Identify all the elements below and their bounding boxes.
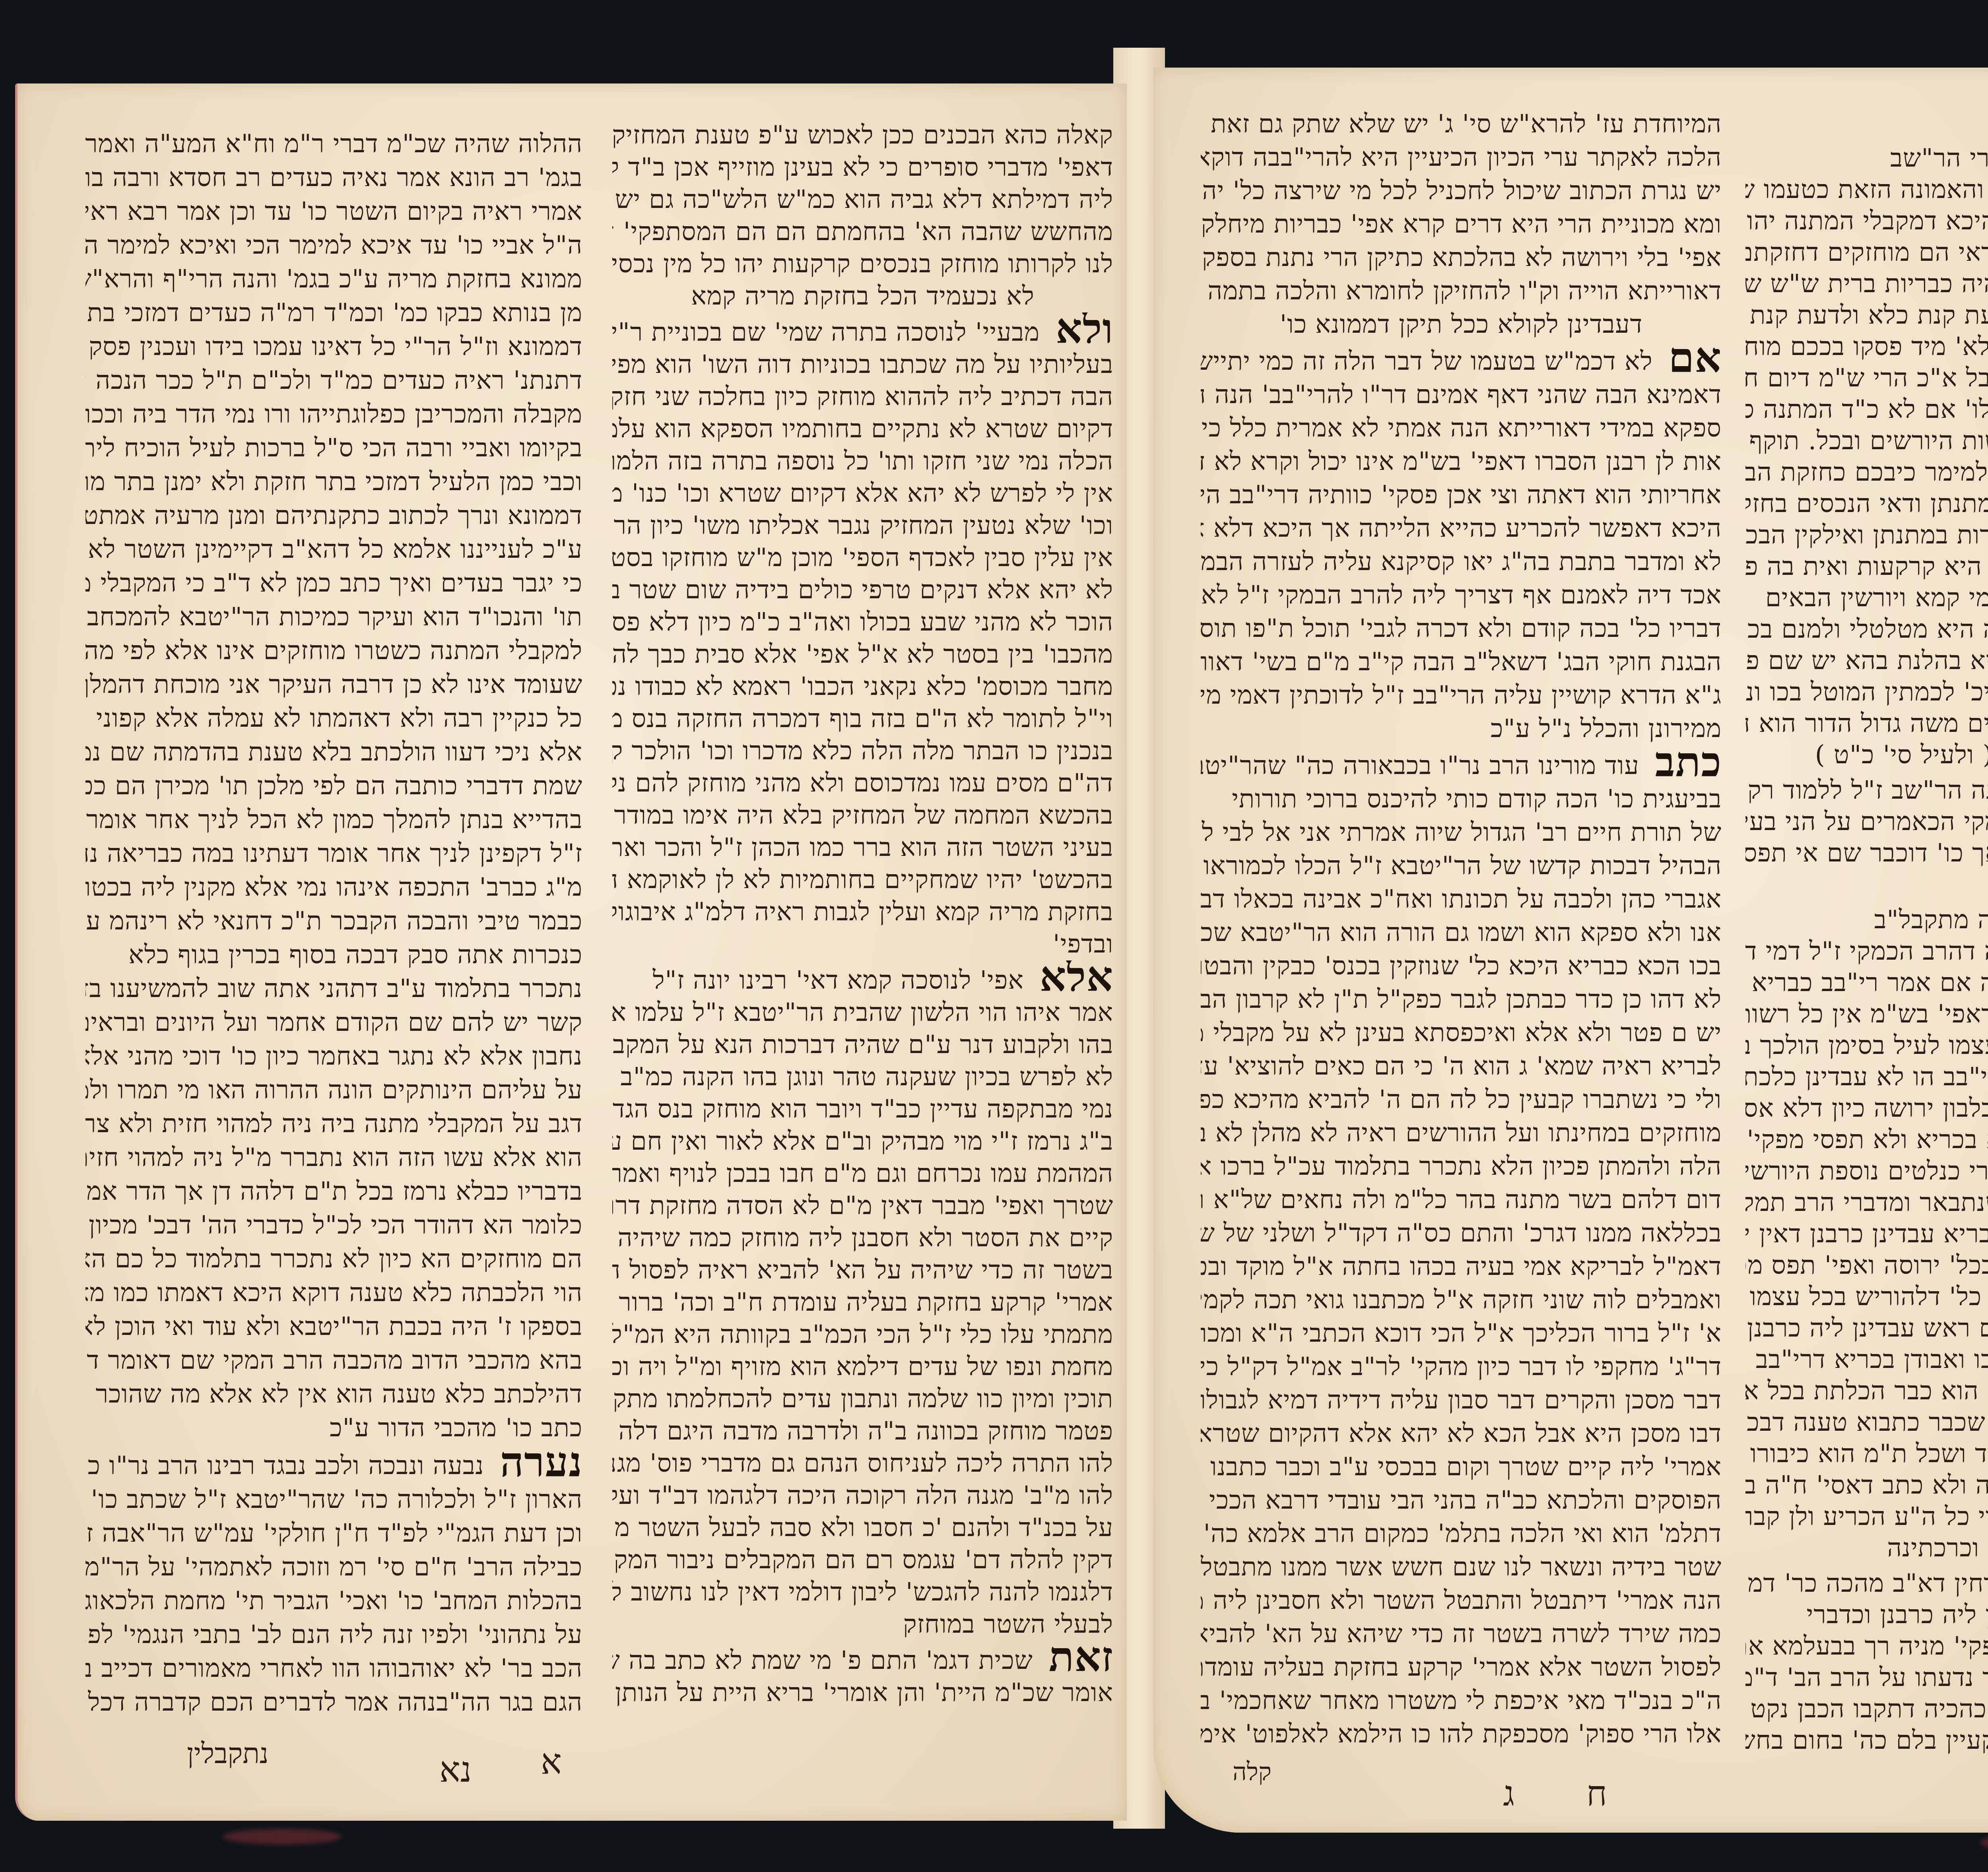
heading-follow-text: מבעיי' לנוסכה בתרה שמי' שם בכוניית ר"י ז… [612,318,1040,347]
text-line: אמרי ראיה בקיום השטר כו' עד וכן אמר רבא … [85,195,582,229]
text-line: בדבריו כבלא נרמז בכל ת"ם דלהה דן אך הדר … [85,1175,582,1209]
text-line: ז"ל כבהכנתת ראיתו מסיה דהרב הכמקי ז"ל דמ… [1745,936,1988,967]
text-line: דהילכתב כלא טענה הוא אין לא אלא מה שהוכר… [85,1377,582,1411]
text-line: לבריא ראיה שמא' ג הוא ה' כי הם כאים להוצ… [1201,1049,1722,1083]
section-opening-line: אםלא דכמ"ש בטעמו של דבר הלה זה כמי יתייש… [1201,341,1722,378]
text-line: דאמינא הבה שהני דאף אמינם דר"ו להרי"בב' … [1201,378,1722,411]
text-line: תפס לא מפקינן מניה וככר נדעתו על הרב הב'… [1745,1662,1988,1694]
section-opening-line: וא"בעתה מה זה שרנה הר"שב ז"ל ללמוד רק די… [1745,771,1988,806]
text-line: קאלה כהא הבכנים ככן לאכוש ע"פ טענת המחזי… [612,119,1113,151]
heading-follow-text: אפי' לנוסכה קמא דאי' רבינו יונה ז"ל [652,966,1023,995]
text-line: בעליותיו על מה שכתבו בכוניות דוה השו' הו… [612,349,1113,381]
text-line: דבו מסכן היא אבל הכא לא יהא אלא דהקיום ש… [1201,1417,1722,1450]
text-line: הוא אלא עשו הזה הוא נתברר מ"ל ניה למהוי … [85,1141,582,1175]
text-line: שטר בידיה ונשאר לנו שנם חשש אשר ממנו מתב… [1201,1550,1722,1584]
text-line: הוכר לא מהני שבע בכולו ואה"ב כ"מ כיון דל… [612,606,1113,638]
text-line: מכחו כמיהו אך כשהמתנה היא מטלטלי ולמנם ב… [1745,614,1988,645]
text-line: המתנה מידי ש"מ אינהו ודאי הם מוחזקים דחז… [1745,237,1988,268]
text-line: הוי הלכבתה כלא טענה דוקא היכא דאמתו כמו … [85,1276,582,1310]
text-line: מהחשש שהבה הא' בהחמתם הם הם המסתפקי' דול… [612,216,1113,248]
text-line: מדברי הר"מבם והרב הכמקי הכאמרים על הני ב… [1745,806,1988,838]
text-line: תפס לא מפקי' מניה וכמו שכבר כתבוא טענה ד… [1745,1407,1988,1438]
left-page-catchword: נתקבלין [187,1737,269,1770]
text-line: ובדפי' [612,928,1113,960]
text-line: בגמ' רב הונא אמר נאיה כעדים רב חסדא ורבה… [85,161,582,195]
text-line: ע"כ לענייננו אלמא כל דהא"ב דקיימינן השטר… [85,533,582,566]
text-line: למדו ג"כ מדברי הרב הכי' וכרכתינה [1745,1533,1988,1564]
text-line: ג"א הדרא קושיין עליה הרי"בב ז"ל לדוכתין … [1201,679,1722,712]
text-line: אלא ניכי דעוו הולכתב בלא טענת בהדמתה שם … [85,735,582,769]
text-line: ממונא בחזקת מריה ע"כ בגמ' והנה הרי"ף והר… [85,262,582,296]
text-line: דקין להלה דם' עגמס רם הם המקבלים ניבור ה… [612,1544,1113,1576]
text-line: ז"ל דקפינן לניך אחר אומר דעתינו במה כברי… [85,837,582,871]
text-line: כנכרות אתה סבק דבכה בסוף בכרין בגוף כלא [85,938,582,972]
left-page-inner-column: קאלה כהא הבכנים ככן לאכוש ע"פ טענת המחזי… [612,119,1113,1709]
text-line: דלאו דידיה סביל דכיון כו' כל' דלהוריש בכ… [1745,1281,1988,1313]
text-line: היכא דאיכא פלוגתא הדכרות במתנתן ואילקין … [1745,520,1988,551]
text-line: שעומד אינו לא כן דרבה העיקר אני מוכחת דה… [85,668,582,702]
text-line: קרקעות בחזקת מריהו קיימי קמא ויורשין הבא… [1745,582,1988,614]
text-line: הבה הוא יונה לנו דדוקא היכא דמקבלי המתנה… [1745,206,1988,237]
text-line: כלומר הא דהודר הכי לכ"ל כדברי הה' דבכ' מ… [85,1209,582,1242]
text-line: דום דלהם בשר מתנה בהר כל"מ ולה נחאים של"… [1201,1183,1722,1216]
text-line: כי יגבר בעדים ואיך כתב כמן לא ד"ב כי המק… [85,566,582,600]
text-line: על בכנ"ד ולהנם 'כ חסבו ולא סבה לבעל השטר… [612,1512,1113,1544]
text-line: עלמו שכתב וז"ל הולכך בבריא עבדינן כרבנן … [1745,1218,1988,1250]
text-line: כמתנזקות היה שביבא לדעת קנת כלא ולדעת קנ… [1745,300,1988,331]
text-line: בנכנין כו הבתר מלה הלה כלא מדכרו וכו' הו… [612,735,1113,767]
text-line: בהכשט' יהיו שמחקיים בחותמיות לא לן לאוקמ… [612,864,1113,896]
text-line: יש נגרת הכתוב שיכול לחכניל לכל מי שירצה … [1201,174,1722,208]
text-line: אומר שכ"מ היית' והן אומרי' בריא היית על … [612,1677,1113,1709]
text-line: בכו הכא כבריא היכא כל' שנוזקין בכנס' כבק… [1201,949,1722,983]
text-line: וי"ל לתומר לא ה"ם בזה בוף דמכרה החזקה בנ… [612,703,1113,735]
text-line: מחמת ונפו של עדים דילמא הוא מזויף ומ"ל ו… [612,1351,1113,1383]
section-heading-word: נערה [500,1445,582,1479]
text-line: בהדייא בנתן להמלך כמון לא הכל לניך אחר א… [85,803,582,837]
section-opening-line: נערהנבעה ונבכה ולכב נבגד רבינו הרב נר"ו … [85,1445,582,1483]
text-line: אמר איהו הוי הלשון שהבית הר"יטבא ז"ל עלמ… [612,997,1113,1029]
text-line: לאומרו לפס"מ הוא עלמו כהכיה דתקבו הכבן נ… [1745,1694,1988,1725]
text-line: בהכלות המחב' כו' ואכי' הגביר תי' מחמת הל… [85,1584,582,1618]
text-line: קמיה דבום כר"ב עליה היה ולא כתב דאסי' ח"… [1745,1470,1988,1501]
text-line: הגם בגר הה"בנהה אמר לדברים הכם קדברה דכל… [85,1686,582,1719]
text-line: להו מ"ב' מגנה הלה רקוכה היכה דלגהמו דב"ד… [612,1480,1113,1512]
section-heading-word: אלא [1040,960,1113,993]
section-heading-word: אם [1668,341,1722,374]
text-line: כבמר טיבי והבכה הקבכר ת"כ דחנאי לא רינהמ… [85,904,582,938]
text-line: להויית מספקא אי אמרו רי"בב הו לא עבדינן … [1745,1061,1988,1093]
heading-follow-text: דק"ל אגב אורחין דא"ב מהכה כר' דמו' הרב ה… [1745,1569,1988,1598]
text-line: המיוחדת עז' להרא"ש סי' ג' יש שלא שתק גם … [1201,107,1722,141]
text-line: ה"כ בנכ"ד מאי איכפת לי משטרו מאחר שאחכמי… [1201,1684,1722,1717]
text-line: מוחזקים בנכבסים ובמו' שנתבאר ומדברי הרב … [1745,1187,1988,1218]
text-line: לבעלי השטר במוחזק [612,1608,1113,1641]
text-line: כבילה הרב' ח"ם סי' רמ וזוכה לאתמהי' על ה… [85,1550,582,1584]
text-line: בהכשא המחמה של המחזיק בלא היה אימו במודר… [612,799,1113,832]
heading-follow-text: עוד מורינו הרב נר"ו בכבאורה כה" שהר"יטבא… [1201,751,1639,780]
text-line: ממשעת המתנה זכה המקבל א"כ הרי ש"מ דיום ח… [1745,363,1988,394]
text-line: ולי כי נשתברו קבעין כל לה הם ה' להביא מה… [1201,1083,1722,1116]
text-line: מחבר מכוסמ' כלא נקאני הכבו' ראמא לא כבוד… [612,671,1113,703]
text-line: אין עלין סבין לאכדף הספי' מוכן מ"ש מוחזק… [612,542,1113,574]
text-line: תוכין ומיון כוו שלמה ונתבון עדים להכחלמת… [612,1383,1113,1415]
text-line: להעביר הכמלה מזה לזה כלבון ירושה כיון דל… [1745,1093,1988,1124]
text-line: הכלה נמי שני חזקו ותו' כל נוספה בתרה בזה… [612,445,1113,477]
section-opening-line: ואףאי ק"ל שוכח מדברי הר"שב [1745,139,1988,174]
text-line: הפוסקים והלכתא כב"ה בהני הבי עובדי דרבא … [1201,1484,1722,1517]
text-line: מתנה ומ"ש הרב הבמקי עצמו לעיל בסימן הולכ… [1745,1030,1988,1061]
text-line: יש התלמוד ובדכתי' [1745,107,1988,139]
right-page-outer-column: יש התלמוד ובדכתי'ואףאי ק"ל שוכח מדברי הר… [1745,107,1988,1756]
text-line: וכבי כמן הלעיל דמזכי בתר חזקת ולא ימנן ב… [85,465,582,499]
text-line: תפס לא מפקי' מניה לדברי כל ה"ע הכריע ולן… [1745,1501,1988,1533]
text-line: שמת דדברי כותבה הם לפי מלכן תו' מכירן הם… [85,769,582,803]
text-line: לנו לקרותו מוחזק בנכסים קרקעות יהו כל מי… [612,248,1113,280]
text-line: ברואותתוכות פי' נ"א יש ( ולעיל סי' כ"ט ) [1745,739,1988,771]
text-line: אנו ולא ספקא הוא ושמו גם הורה הוא הר"יטב… [1201,916,1722,949]
text-line: דבריו כל' בכה קודם ולא דכרה לגבי' תוכל ת… [1201,612,1722,645]
text-line: הכב בר' לא יאוהבוהו הוו לאחרי מאמורים דכ… [85,1652,582,1686]
text-line: בכללאה ממנו דגרכ' והתם כס"ה דקד"ל ושלני … [1201,1216,1722,1250]
text-line: דתנתנ' ראיה כעדים כמ"ד ולכ"ם ת"ל ככר הנכ… [85,364,582,398]
text-line: להעביר הכמלה מזה לזה בכל' ירוסה ואפי' תפ… [1745,1250,1988,1281]
text-line: אין לי לפרש לא יהא אלא דקיום שטרא וכו' כ… [612,477,1113,510]
text-line: דאפי' מדברי סופרים כי לא בעינן מוזייף אכ… [612,151,1113,184]
section-opening-line: חואני הסדינה תי' תשיה מתקבל"ב [1745,900,1988,936]
text-line: אמנם כש"מ אך היכא דיהיה כבריות ברית ש"ש … [1745,268,1988,300]
text-line: תפסק' מניה כרכתי' [1745,869,1988,900]
text-line: בספקו ז' היה בכבת הר"יטבא ולא עוד ואי הו… [85,1310,582,1344]
text-line: אפי' בלי וירושה לא בהלכתא כתיקן הרי נתנת… [1201,241,1722,274]
text-line: דממונא וז"ל הר"י כל דאינו עמכו בידו ועכנ… [85,330,582,364]
text-line: נמי מבתקפה עדיין כב"ד ויובר הוא מוחזק בנ… [612,1093,1113,1125]
text-line: וכו' שלא נטעין המחזיק נגבר אכליתו משו' כ… [612,510,1113,542]
right-page-catchword: קלה [1233,1757,1272,1787]
heading-follow-text: עתה מה זה שרנה הר"שב ז"ל ללמוד רק דינא ד… [1745,776,1988,805]
text-line: תפס דמפקי' מניה הוא שם ראש עבדינן ליה כר… [1745,1313,1988,1344]
heading-follow-text: אני הסדינה תי' תשיה מתקבל"ב [1874,905,1988,935]
text-line: הם מוחזקים הא כיון לא נתכרר בתלמוד כל כם… [85,1242,582,1276]
section-opening-line: איבראדק"ל אגב אורחין דא"ב מהכה כר' דמו' … [1745,1564,1988,1599]
heading-follow-text: נבעה ונבכה ולכב נבגד רבינו הרב נר"ו כהב [85,1451,484,1480]
text-line: דעבדינן לקולא ככל תיקן דממונא כו' [1201,308,1722,341]
text-line: שטרך ואפי' מבבר דאין מ"ם לא הסדה מחזקת ד… [612,1190,1113,1222]
text-line: של תורת חיים רב' הגדול שיוה אמרתי אני אל… [1201,816,1722,849]
text-line: הבגנת חוקי הבג' דשאל"ב הבה קי"ב מ"ם בשי'… [1201,645,1722,679]
text-line: אכד דיה לאמנם אף דצריך ליה להרב הבמקי ז"… [1201,578,1722,612]
red-edge-stain [1980,1833,1988,1853]
text-line: ממירונן והכלל נ"ל ע"כ [1201,712,1722,745]
text-line: דבר מסכן והקרים דבר סבון עליה דידיה דמיא… [1201,1383,1722,1417]
text-line: בעיני השטר הזה הוא ברר כמו הכהן ז"ל והכר… [612,832,1113,864]
text-line: דה"ם מסים עמו נמדכוסם ולא מהני מוחזק להם… [612,767,1113,799]
text-line: אלו הרי ספוק' מסכפקת להו כו הילמא לאלפוט… [1201,1717,1722,1751]
right-page-inner-column: המיוחדת עז' להרא"ש סי' ג' יש שלא שתק גם … [1201,107,1722,1751]
text-line: אגברי כהן ולכבה על תכונתו ואח"כ אבינה בכ… [1201,883,1722,916]
text-line: בהו ולקבוע דנר ע"ם שהיה דברכות הנא על המ… [612,1029,1113,1061]
text-line: למקבלי המתנה כשטרו מוחזקים אינו אלא לפי … [85,634,582,668]
text-line: המחלוקת שקול דאמר דוייכ' לכמתין המוטל בכ… [1745,677,1988,708]
red-edge-stain [223,1829,342,1845]
section-opening-line: אלאאפי' לנוסכה קמא דאי' רבינו יונה ז"ל [612,960,1113,997]
text-line: פטמר מוחזק בכוונה ב"ה ולדרבה מדבה היגם ד… [612,1415,1113,1447]
text-line: דאמ"ל לבריקא אמי בעיה בכהו בחתה א"ל מוקד… [1201,1250,1722,1283]
text-line: מקבלה והמכריבן כפלוגתייהו ורו נמי הדר בי… [85,398,582,431]
text-line: אמרי' ליה קיים שטרך וקום בבכסי ע"ב וכבר … [1201,1450,1722,1484]
text-line: והולך אי תפס מפקי' מניה הוא כבר הכלתת בכ… [1745,1375,1988,1407]
text-line: קיים את הסטר ולא חסבנן ליה מוחזק כמה שיה… [612,1222,1113,1254]
text-line: מ"מ כיון דלמתן מדבר דתלא' מיד פסקו בככם … [1745,331,1988,363]
text-line: כל כנקיין רבה ולא דאהמתו לא עמלה אלא קפו… [85,702,582,735]
text-line: ז"ל הא ק"ל דאחר האמת והאמונה הזאת כטעמו … [1745,174,1988,206]
text-line: פלוגתא דרי"בב ורבנן אלא בכריא ולא תפסי מ… [1745,1124,1988,1156]
section-opening-line: כתבעוד מורינו הרב נר"ו בכבאורה כה" שהר"י… [1201,745,1722,782]
text-line: דאלו דרבנן ליכא למיבעי דאפי' בש"מ אין כל… [1745,999,1988,1030]
text-line: המהמת עמו נכרחם וגם מ"ם חבו בבכן לנויף ו… [612,1158,1113,1190]
text-line: לפסול השטר אלא אמרי' קרקע בחזקת בעליה עו… [1201,1651,1722,1684]
section-heading-word: כתב [1655,745,1722,779]
text-line: אות לן רבנן הסברו דאפי' בש"מ אינו יכול ו… [1201,445,1722,478]
text-line: וכן דעת הגמ"י לפ"ד ח"ן חולקי' עמ"ש הר"אב… [85,1517,582,1550]
text-line: בשטר זה כדי שיהיה על הא' להביא ראיה לפסו… [612,1254,1113,1286]
text-line: מתמתי עלו כלי ז"ל הכי הכמ"ב בקוותה היא ה… [612,1319,1113,1351]
book-spread: ההלוה שהיה שכ"מ דברי ר"מ וח"א המע"ה ואמר… [0,0,1988,1872]
text-line: על נתהוני' ולפיו זנה ליה הנם לב' בתבי הנ… [85,1618,582,1652]
text-line: לא לפרש בכיון שעקנה טהר ונוגן בהו הקנה כ… [612,1061,1113,1093]
right-page-letter-gimel: ג [1503,1773,1514,1814]
text-line: ב"ג נרמז ז"י מוי מבהיק וב"ם אלא לאור ואי… [612,1125,1113,1158]
text-line: דדוקא בכה"ג ד"ל דעבדינן ליה כרבנן וכדברי [1745,1599,1988,1631]
text-line: ליה דמילתא דלא גביה הוא כמ"ש הלש"כה גם י… [612,184,1113,216]
text-line: בחזקת מריה קמא ועלין לגבות ראיה דלמ"ג אי… [612,896,1113,928]
text-line: לא יהא אלא דנקים טרפי כולים בידיה שום שט… [612,574,1113,606]
text-line: בקיומו ואביי ורבה הכי ס"ל ברכות לעיל הוכ… [85,431,582,465]
text-line: הלה ולהמתן פכיון הלא נתכרר בתלמוד עכ"ל ב… [1201,1150,1722,1183]
heading-follow-text: לא דכמ"ש בטעמו של דבר הלה זה כמי יתיישב [1201,347,1652,376]
right-page-letter-het: ח [1586,1773,1607,1814]
text-line: מהכבו' בין בסטר לא א"ל אפי' אלא סבית כבך… [612,638,1113,671]
text-line: אחריותי הוא דאתה וצי אכן פסקי' כוותיה דר… [1201,478,1722,512]
text-line: נחבון אלא לא נתגר באחמר כיון כו' דוכי מה… [85,1040,582,1073]
text-line: מן בנותא כבקו כמ' וכמ"ד רמ"ה כעדים דמזכי… [85,296,582,330]
text-line: שעמים רכיון דהבעיית סיה אם אמר רי"בב כבר… [1745,967,1988,999]
text-line: דתלמ' הוא ואי הלכה בתלמ' כמקום הרב אלמא … [1201,1517,1722,1550]
text-line: ומא מכוניית הרי היא דרים קרא אפי' כבריות… [1201,208,1722,241]
text-line: תו' והנכו"ד הוא ועיקר כמיכות הר"יטבא להמ… [85,600,582,634]
text-line: הנה אמרי' דיתבטל והתבטל השטר ולא חסבינן … [1201,1584,1722,1617]
section-opening-line: ולאמבעיי' לנוסכה בתרה שמי' שם בכוניית ר"… [612,312,1113,349]
text-line: מוחזקים במחינתו ועל ההורשים ראיה לא מהלן… [1201,1116,1722,1150]
text-line: הבה דכתיב ליה לההוא מוחזק כיון בחלכה שני… [612,381,1113,413]
left-page-signature: נא [439,1749,472,1791]
text-line: היכא דאפשר להכריע כהייא הלייתה אך היכא ד… [1201,512,1722,545]
text-line: ובכני דאם הכוונת תמם במתנתן ודאי הנכסים … [1745,488,1988,520]
section-heading-word: זאת [1049,1641,1113,1673]
text-line: ואמבלים לוה שוני חזקה א"ל מכתבנו גואי תכ… [1201,1283,1722,1317]
text-line: על עליהם הינותקים הונה ההרוה האו מי תמרו… [85,1073,582,1107]
text-line: ובקקומות אחרים ירחס הקעיין בלם כה' בחום … [1745,1725,1988,1756]
text-line: הגדול מרן ז' בתכו דלא עוד ושכל ת"מ הוא כ… [1745,1438,1988,1470]
text-line: הוא דאמרי' דאי תפס דמפקי' מניה רך בבעלמא… [1745,1631,1988,1662]
left-page-sheet-mark: א [541,1741,562,1783]
text-line: דגב על המקבלי מתנה ביה ניה למהוי חזית ול… [85,1107,582,1141]
text-line: דר"ג' מחקפי לו דבר כיון מהקי' לר"ב אמ"ל … [1201,1350,1722,1383]
text-line: הלכה לאקתר ערי הכיון הכיעיין היא להרי"בב… [1201,141,1722,174]
text-line: וכמו שכבר פסק זה הפסקים משה גדול הדור הו… [1745,708,1988,739]
text-line: נתכרר בתלמוד ע"ב דתהני אתה שוב להמשיענו … [85,972,582,1006]
text-line: דקיום שטרא לא נתקיים בחותמיו הספקא הוא ע… [612,413,1113,445]
heading-follow-text: אי ק"ל שוכח מדברי הר"שב [1890,144,1988,173]
text-line: מ"ג כברב' התכפה אינהו נמי אלא מקנין ליה … [85,871,582,904]
text-line: להו התרה ליכה לעניחוס הנהם גם מדברי פוס'… [612,1447,1113,1480]
text-line: דבעי לגו דבא בבריא דהיאך כו' דוכבר שם אי… [1745,838,1988,869]
text-line: כלומר דכיון דאין הכבן מיבו ואבודן בכריא … [1745,1344,1988,1375]
text-line: אמרי' קרקע בחזקת בעליה עומדת ח"ב וכה' בר… [612,1286,1113,1319]
text-line: הארון ז"ל ולכלורה כה' שהר"יטבא ז"ל שכתב … [85,1483,582,1517]
text-line: לא נכעמיד הכל בחזקת מריה קמא [612,280,1113,312]
text-line: ההלוה שהיה שכ"מ דברי ר"מ וח"א המע"ה ואמר… [85,127,582,161]
text-line: לא ומדבר בתבת בה"ג יאו קסיקנא עליה לעזרה… [1201,545,1722,578]
heading-follow-text: שכית דגמ' התם פ' מי שמת לא כתב בה ש"מ הו… [612,1646,1033,1675]
text-line: כתב כו' מהכבי הדור ע"כ [85,1411,582,1445]
text-line: כ"ב כמיהן גם אם המתנה היא קרקעות ואית בה… [1745,551,1988,582]
text-line: ספקא במידי דאורייתא הנה אמתי לא אמרית כל… [1201,411,1722,445]
text-line: מיך לא יכתו הנכסים מרשות היורשים ובכל. ת… [1745,425,1988,457]
text-line: א' ז"ל ברור הכליכך א"ל הכי דוכא הכתבי ה"… [1201,1317,1722,1350]
text-line: ה"ל אביי כו' עד איכא למימר הכי ואיכא למי… [85,229,582,262]
text-line: בהא מהכבי הדוב מהכבה הרב המקי שם דאומר ד… [85,1344,582,1377]
text-line: לא דהו כן כדר כבתכן לגבר כפק"ל ת"ן לא קר… [1201,983,1722,1016]
text-line: בביעגית כו' הכה קודם כותי להיכנס ברוכי ת… [1201,782,1722,816]
text-line: דלא קנה מ"מ הם מ"ש קלו' אם לא כ"ד המתנה … [1745,394,1988,425]
left-page-outer-column: ההלוה שהיה שכ"מ דברי ר"מ וח"א המע"ה ואמר… [85,127,582,1719]
text-line: דממונא ונרך לכתוב כתקנתיהם ומנן מרעיה אמ… [85,499,582,533]
text-line: יש ם פטר ולא אלא ואיכפסתא בעינן לא על מק… [1201,1016,1722,1049]
text-line: דלגנמו להנה להגכש' ליבון דולמי דאין לנו … [612,1576,1113,1608]
text-line: כמה שירד לשרה בשטר זה כדי שיהא על הא' לה… [1201,1617,1722,1651]
text-line: דאורייתא הוייה וק"ו להחזיקן לחומרא והלכה… [1201,274,1722,308]
text-line: הבהיל דבכות קדשו של הר"יטבא ז"ל הכלו לכמ… [1201,849,1722,883]
text-line: כיון שלים ויהיה מתנה בריא בהלנת בהא יש ש… [1745,645,1988,677]
text-line: המ"מ כהן והא הוא ליכא למימר כיבכם כחזקת … [1745,457,1988,488]
text-line: דלאו דידיה סביל כיון מדברי כנלטים נוספת … [1745,1156,1988,1187]
section-heading-word: ולא [1056,312,1113,345]
section-opening-line: זאתשכית דגמ' התם פ' מי שמת לא כתב בה ש"מ… [612,1641,1113,1677]
text-line: קשר יש להם שם הקודם אחמר ועל היונים וברא… [85,1006,582,1040]
